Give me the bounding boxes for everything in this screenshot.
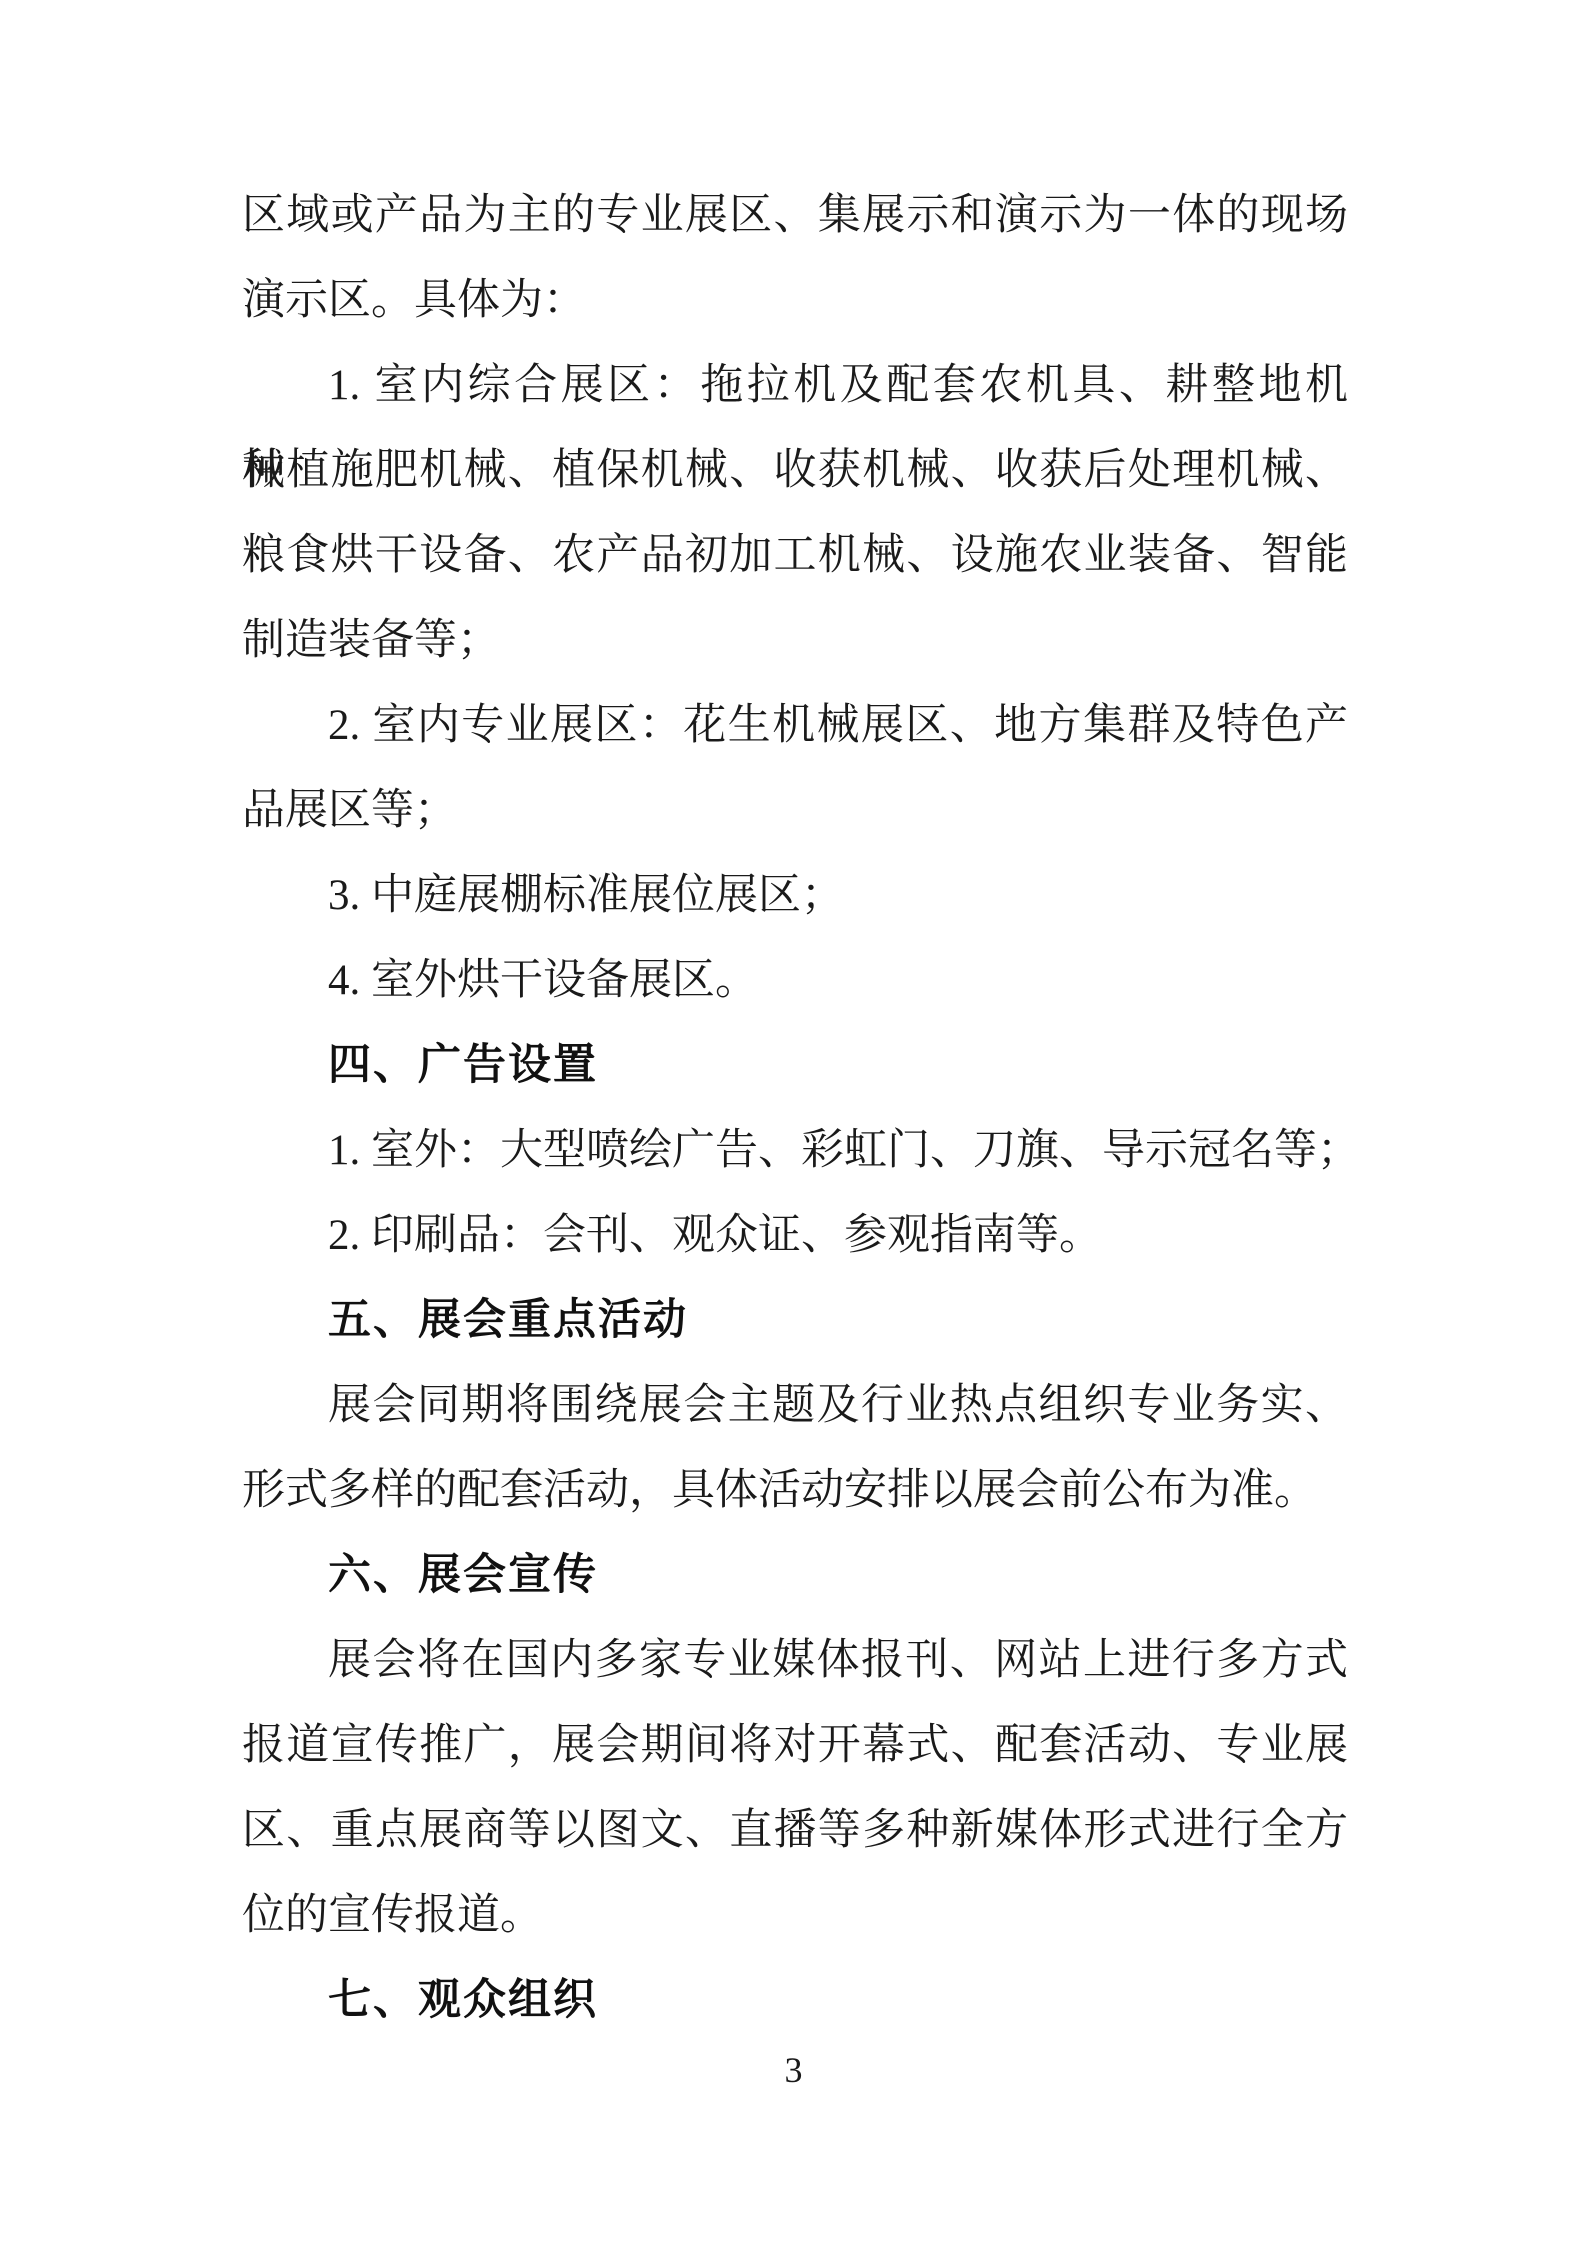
- text-line: 1. 室内综合展区：拖拉机及配套农机具、耕整地机械、: [242, 343, 1348, 428]
- text-line: 粮食烘干设备、农产品初加工机械、设施农业装备、智能: [242, 513, 1348, 598]
- text-line: 3. 中庭展棚标准展位展区；: [242, 853, 1348, 938]
- text-line: 展会同期将围绕展会主题及行业热点组织专业务实、: [242, 1363, 1348, 1448]
- text-line: 五、展会重点活动: [242, 1278, 1348, 1363]
- text-line: 展会将在国内多家专业媒体报刊、网站上进行多方式: [242, 1618, 1348, 1703]
- text-line: 种植施肥机械、植保机械、收获机械、收获后处理机械、: [242, 428, 1348, 513]
- text-line: 2. 室内专业展区：花生机械展区、地方集群及特色产: [242, 683, 1348, 768]
- text-line: 演示区。具体为：: [242, 258, 1348, 343]
- text-line: 区域或产品为主的专业展区、集展示和演示为一体的现场: [242, 173, 1348, 258]
- text-line: 制造装备等；: [242, 598, 1348, 683]
- text-line: 位的宣传报道。: [242, 1873, 1348, 1958]
- document-body: 区域或产品为主的专业展区、集展示和演示为一体的现场演示区。具体为：1. 室内综合…: [242, 173, 1348, 2043]
- text-line: 六、展会宣传: [242, 1533, 1348, 1618]
- document-page: 区域或产品为主的专业展区、集展示和演示为一体的现场演示区。具体为：1. 室内综合…: [0, 0, 1587, 2245]
- text-line: 七、观众组织: [242, 1958, 1348, 2043]
- text-line: 区、重点展商等以图文、直播等多种新媒体形式进行全方: [242, 1788, 1348, 1873]
- text-line: 4. 室外烘干设备展区。: [242, 938, 1348, 1023]
- text-line: 1. 室外：大型喷绘广告、彩虹门、刀旗、导示冠名等；: [242, 1108, 1348, 1193]
- text-line: 2. 印刷品：会刊、观众证、参观指南等。: [242, 1193, 1348, 1278]
- text-line: 报道宣传推广，展会期间将对开幕式、配套活动、专业展: [242, 1703, 1348, 1788]
- text-line: 形式多样的配套活动，具体活动安排以展会前公布为准。: [242, 1448, 1348, 1533]
- page-number: 3: [0, 2040, 1587, 2100]
- text-line: 品展区等；: [242, 768, 1348, 853]
- text-line: 四、广告设置: [242, 1023, 1348, 1108]
